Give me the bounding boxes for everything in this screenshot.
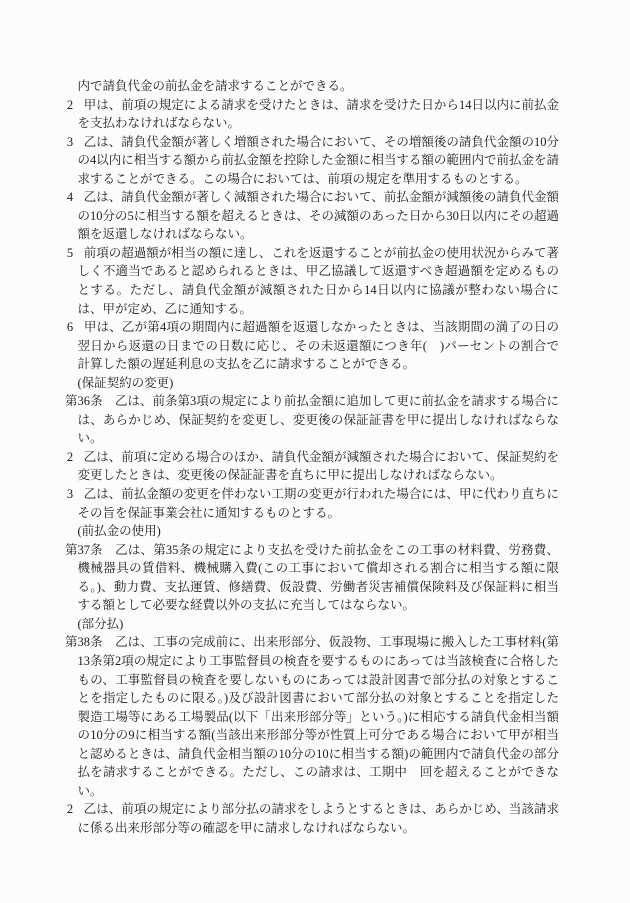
clause-text: 前項の超過額が相当の額に達し、これを返還することが前払金の使用状況からみて著しく… [78, 246, 560, 316]
item-number: 2 [65, 448, 84, 467]
article35-item-5: 5前項の超過額が相当の額に達し、これを返還することが前払金の使用状況からみて著し… [65, 244, 559, 318]
heading-text: (前払金の使用) [78, 524, 161, 538]
clause-text: 内で請負代金の前払金を請求することができる。 [78, 79, 353, 93]
document-page: 内で請負代金の前払金を請求することができる。 2甲は、前項の規定による請求を受け… [0, 0, 630, 903]
item-number: 3 [65, 133, 84, 152]
section-heading-advance-payment-use: (前払金の使用) [65, 522, 559, 541]
clause-text: 乙は、工事の完成前に、出来形部分、仮設物、工事現場に搬入した工事材料(第13条第… [78, 635, 560, 797]
clause-text: 乙は、請負代金額が著しく増額された場合において、その増額後の請負代金額の10分の… [78, 135, 560, 186]
article-number: 第36条 [65, 392, 115, 411]
heading-text: (部分払) [78, 617, 124, 631]
contract-text-body: 内で請負代金の前払金を請求することができる。 2甲は、前項の規定による請求を受け… [65, 77, 559, 837]
clause-text: 乙は、前項の規定により部分払の請求をしようとするときは、あらかじめ、当該請求に係… [78, 802, 560, 835]
section-heading-partial-payment: (部分払) [65, 615, 559, 634]
item-number: 6 [65, 318, 84, 337]
item-number: 4 [65, 188, 84, 207]
clause-text: 甲は、前項の規定による請求を受けたときは、請求を受けた日から14日以内に前払金を… [78, 98, 560, 131]
article35-item-4: 4乙は、請負代金額が著しく減額された場合において、前払金額が減額後の請負代金額の… [65, 188, 559, 244]
article35-item-6: 6甲は、乙が第4項の期間内に超過額を返還しなかったときは、当該期間の満了の日の翌… [65, 318, 559, 374]
article35-item-3: 3乙は、請負代金額が著しく増額された場合において、その増額後の請負代金額の10分… [65, 133, 559, 189]
item-number: 2 [65, 96, 84, 115]
article-number: 第38条 [65, 633, 115, 652]
article-number: 第37条 [65, 541, 115, 560]
item-number: 5 [65, 244, 84, 263]
article-36: 第36条乙は、前条第3項の規定により前払金額に追加して更に前払金を請求する場合に… [65, 392, 559, 448]
clause-continuation-article35: 内で請負代金の前払金を請求することができる。 [65, 77, 559, 96]
heading-text: (保証契約の変更) [78, 376, 174, 390]
clause-text: 乙は、前条第3項の規定により前払金額に追加して更に前払金を請求する場合には、あら… [78, 394, 560, 445]
item-number: 3 [65, 485, 84, 504]
section-heading-guarantee-change: (保証契約の変更) [65, 374, 559, 393]
item-number: 2 [65, 800, 84, 819]
article-37: 第37条乙は、第35条の規定により支払を受けた前払金をこの工事の材料費、労務費、… [65, 541, 559, 615]
article35-item-2: 2甲は、前項の規定による請求を受けたときは、請求を受けた日から14日以内に前払金… [65, 96, 559, 133]
article-38: 第38条乙は、工事の完成前に、出来形部分、仮設物、工事現場に搬入した工事材料(第… [65, 633, 559, 800]
clause-text: 乙は、前払金額の変更を伴わない工期の変更が行われた場合には、甲に代わり直ちにその… [78, 487, 560, 520]
article38-item-2: 2乙は、前項の規定により部分払の請求をしようとするときは、あらかじめ、当該請求に… [65, 800, 559, 837]
clause-text: 乙は、前項に定める場合のほか、請負代金額が減額された場合において、保証契約を変更… [78, 450, 560, 483]
article36-item-3: 3乙は、前払金額の変更を伴わない工期の変更が行われた場合には、甲に代わり直ちにそ… [65, 485, 559, 522]
clause-text: 乙は、請負代金額が著しく減額された場合において、前払金額が減額後の請負代金額の1… [78, 190, 560, 241]
article36-item-2: 2乙は、前項に定める場合のほか、請負代金額が減額された場合において、保証契約を変… [65, 448, 559, 485]
clause-text: 乙は、第35条の規定により支払を受けた前払金をこの工事の材料費、労務費、機械器具… [78, 543, 560, 613]
clause-text: 甲は、乙が第4項の期間内に超過額を返還しなかったときは、当該期間の満了の日の翌日… [78, 320, 560, 371]
